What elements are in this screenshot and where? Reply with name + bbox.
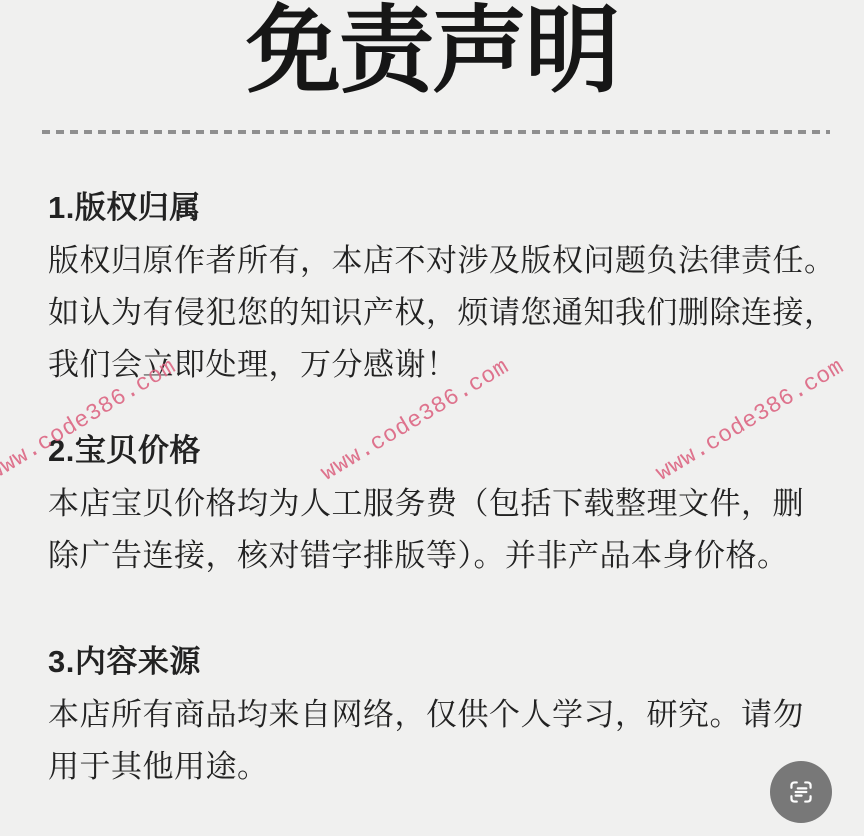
section-price-line: 除广告连接，核对错字排版等）。并非产品本身价格。 (48, 531, 838, 583)
section-source: 3.内容来源 本店所有商品均来自网络，仅供个人学习，研究。请勿 用于其他用途。 (48, 638, 838, 794)
dashed-divider (42, 130, 830, 134)
section-price: 2.宝贝价格 本店宝贝价格均为人工服务费（包括下载整理文件，删 除广告连接，核对… (48, 427, 838, 583)
section-copyright-line: 如认为有侵犯您的知识产权，烦请您通知我们删除连接， (48, 288, 838, 340)
scan-text-icon (784, 775, 818, 809)
section-price-heading: 2.宝贝价格 (48, 427, 838, 479)
disclaimer-page: 免责声明 1.版权归属 版权归原作者所有，本店不对涉及版权问题负法律责任。 如认… (0, 0, 864, 836)
section-source-heading: 3.内容来源 (48, 638, 838, 690)
section-source-line: 用于其他用途。 (48, 742, 838, 794)
section-copyright-line: 版权归原作者所有，本店不对涉及版权问题负法律责任。 (48, 236, 838, 288)
section-copyright: 1.版权归属 版权归原作者所有，本店不对涉及版权问题负法律责任。 如认为有侵犯您… (48, 184, 838, 392)
section-price-line: 本店宝贝价格均为人工服务费（包括下载整理文件，删 (48, 479, 838, 531)
section-copyright-heading: 1.版权归属 (48, 184, 838, 236)
section-copyright-line: 我们会立即处理，万分感谢！ (48, 340, 838, 392)
scan-text-button[interactable] (770, 761, 832, 823)
section-source-line: 本店所有商品均来自网络，仅供个人学习，研究。请勿 (48, 690, 838, 742)
page-title: 免责声明 (0, 2, 864, 102)
